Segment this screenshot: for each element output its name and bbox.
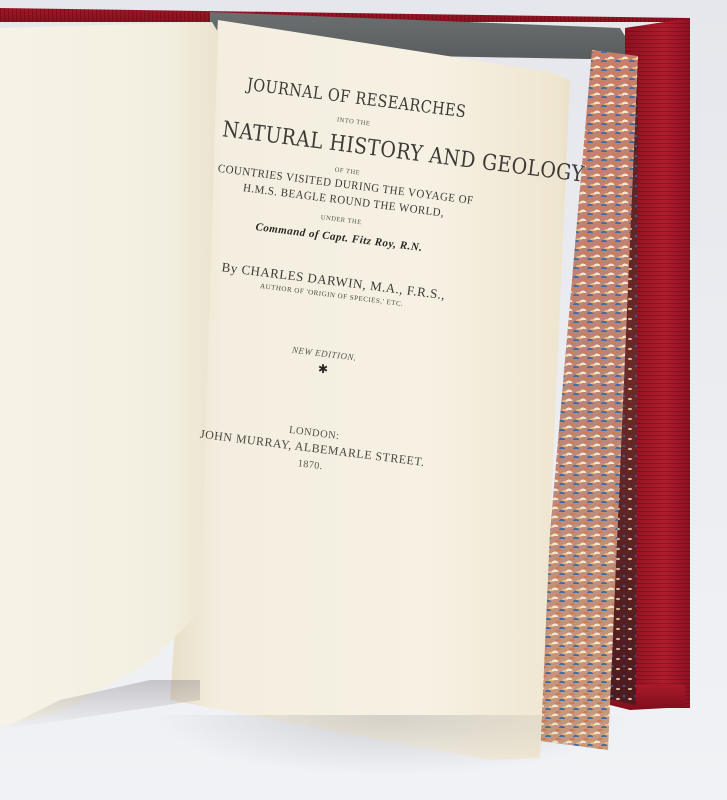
- title-line-natural-history: NATURAL HISTORY AND GEOLOGY: [221, 117, 480, 174]
- table-shadow: [150, 715, 630, 775]
- title-page-text: JOURNAL OF RESEARCHES INTO THE NATURAL H…: [161, 62, 508, 490]
- book-photo: JOURNAL OF RESEARCHES INTO THE NATURAL H…: [0, 0, 727, 800]
- ink-mark-icon: ✱: [318, 362, 328, 377]
